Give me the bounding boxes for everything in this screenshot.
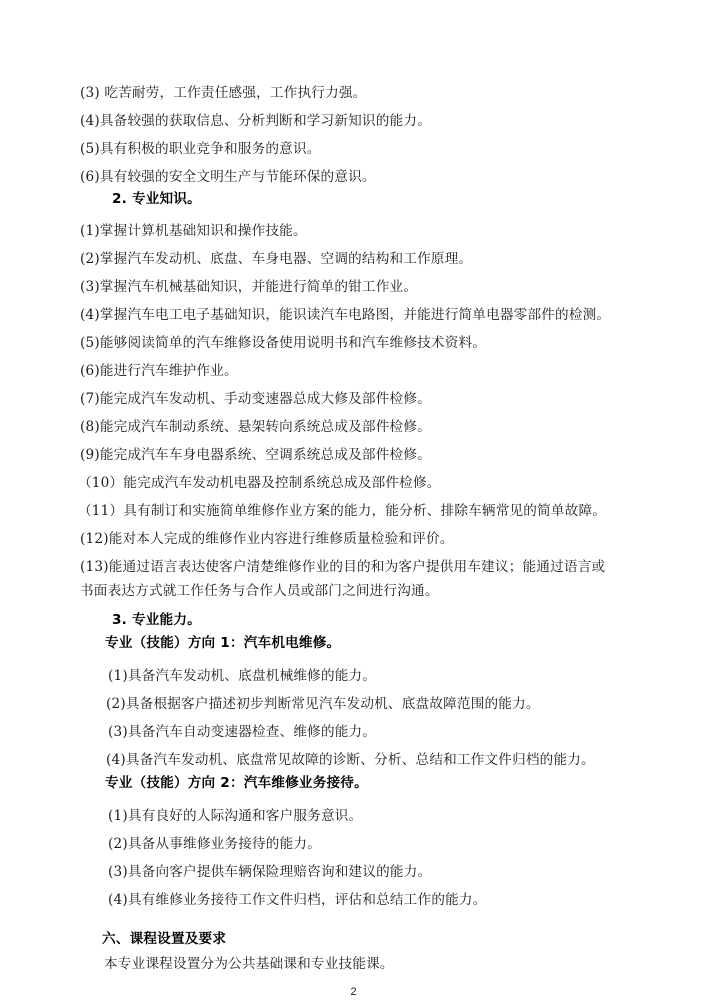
direction2-heading: 专业（技能）方向 2：汽车维修业务接待。 <box>105 774 368 792</box>
direction1-item: (3)具备汽车自动变速器检查、维修的能力。 <box>108 723 376 741</box>
knowledge-item: (9)能完成汽车车身电器系统、空调系统总成及部件检修。 <box>80 446 431 464</box>
quality-item-5: (5)具有积极的职业竞争和服务的意识。 <box>80 140 321 158</box>
direction2-item: (4)具有维修业务接待工作文件归档，评估和总结工作的能力。 <box>108 891 487 909</box>
direction1-item: (4)具备汽车发动机、底盘常见故障的诊断、分析、总结和工作文件归档的能力。 <box>106 751 595 769</box>
quality-item-3: (3) 吃苦耐劳，工作责任感强，工作执行力强。 <box>80 84 366 102</box>
knowledge-item: (5)能够阅读简单的汽车维修设备使用说明书和汽车维修技术资料。 <box>80 334 486 352</box>
knowledge-item: （11）具有制订和实施简单维修作业方案的能力，能分析、排除车辆常见的简单故障。 <box>78 502 606 520</box>
direction1-item: (1)具备汽车发动机、底盘机械维修的能力。 <box>108 667 376 685</box>
direction2-item: (2)具备从事维修业务接待的能力。 <box>108 835 321 853</box>
page-number: 2 <box>0 986 707 998</box>
knowledge-item: （10）能完成汽车发动机电器及控制系统总成及部件检修。 <box>78 474 441 492</box>
document-page: (3) 吃苦耐劳，工作责任感强，工作执行力强。 (4)具备较强的获取信息、分析判… <box>0 0 707 1003</box>
knowledge-item: (3)掌握汽车机械基础知识，并能进行简单的钳工作业。 <box>80 278 417 296</box>
curriculum-heading: 六、课程设置及要求 <box>102 930 226 948</box>
knowledge-item: (8)能完成汽车制动系统、悬架转向系统总成及部件检修。 <box>80 418 431 436</box>
direction1-item: (2)具备根据客户描述初步判断常见汽车发动机、底盘故障范围的能力。 <box>106 695 540 713</box>
knowledge-heading: 2. 专业知识。 <box>112 190 201 208</box>
knowledge-item-continued: 书面表达方式就工作任务与合作人员或部门之间进行沟通。 <box>80 582 439 600</box>
quality-item-4: (4)具备较强的获取信息、分析判断和学习新知识的能力。 <box>80 112 431 130</box>
quality-item-6: (6)具有较强的安全文明生产与节能环保的意识。 <box>80 168 376 186</box>
direction1-heading: 专业（技能）方向 1：汽车机电维修。 <box>105 634 340 652</box>
knowledge-item: (12)能对本人完成的维修作业内容进行维修质量检验和评价。 <box>80 530 454 548</box>
curriculum-intro: 本专业课程设置分为公共基础课和专业技能课。 <box>104 955 394 973</box>
knowledge-item: (1)掌握计算机基础知识和操作技能。 <box>80 222 307 240</box>
knowledge-item: (4)掌握汽车电工电子基础知识，能识读汽车电路图，并能进行简单电器零部件的检测。 <box>80 306 610 324</box>
knowledge-item: (6)能进行汽车维护作业。 <box>80 362 238 380</box>
direction2-item: (3)具备向客户提供车辆保险理赔咨询和建议的能力。 <box>108 863 431 881</box>
knowledge-item: (13)能通过语言表达使客户清楚维修作业的目的和为客户提供用车建议；能通过语言或 <box>80 558 605 576</box>
ability-heading: 3. 专业能力。 <box>112 611 201 629</box>
direction2-item: (1)具有良好的人际沟通和客户服务意识。 <box>108 807 362 825</box>
knowledge-item: (2)掌握汽车发动机、底盘、车身电器、空调的结构和工作原理。 <box>80 250 472 268</box>
knowledge-item: (7)能完成汽车发动机、手动变速器总成大修及部件检修。 <box>80 390 431 408</box>
